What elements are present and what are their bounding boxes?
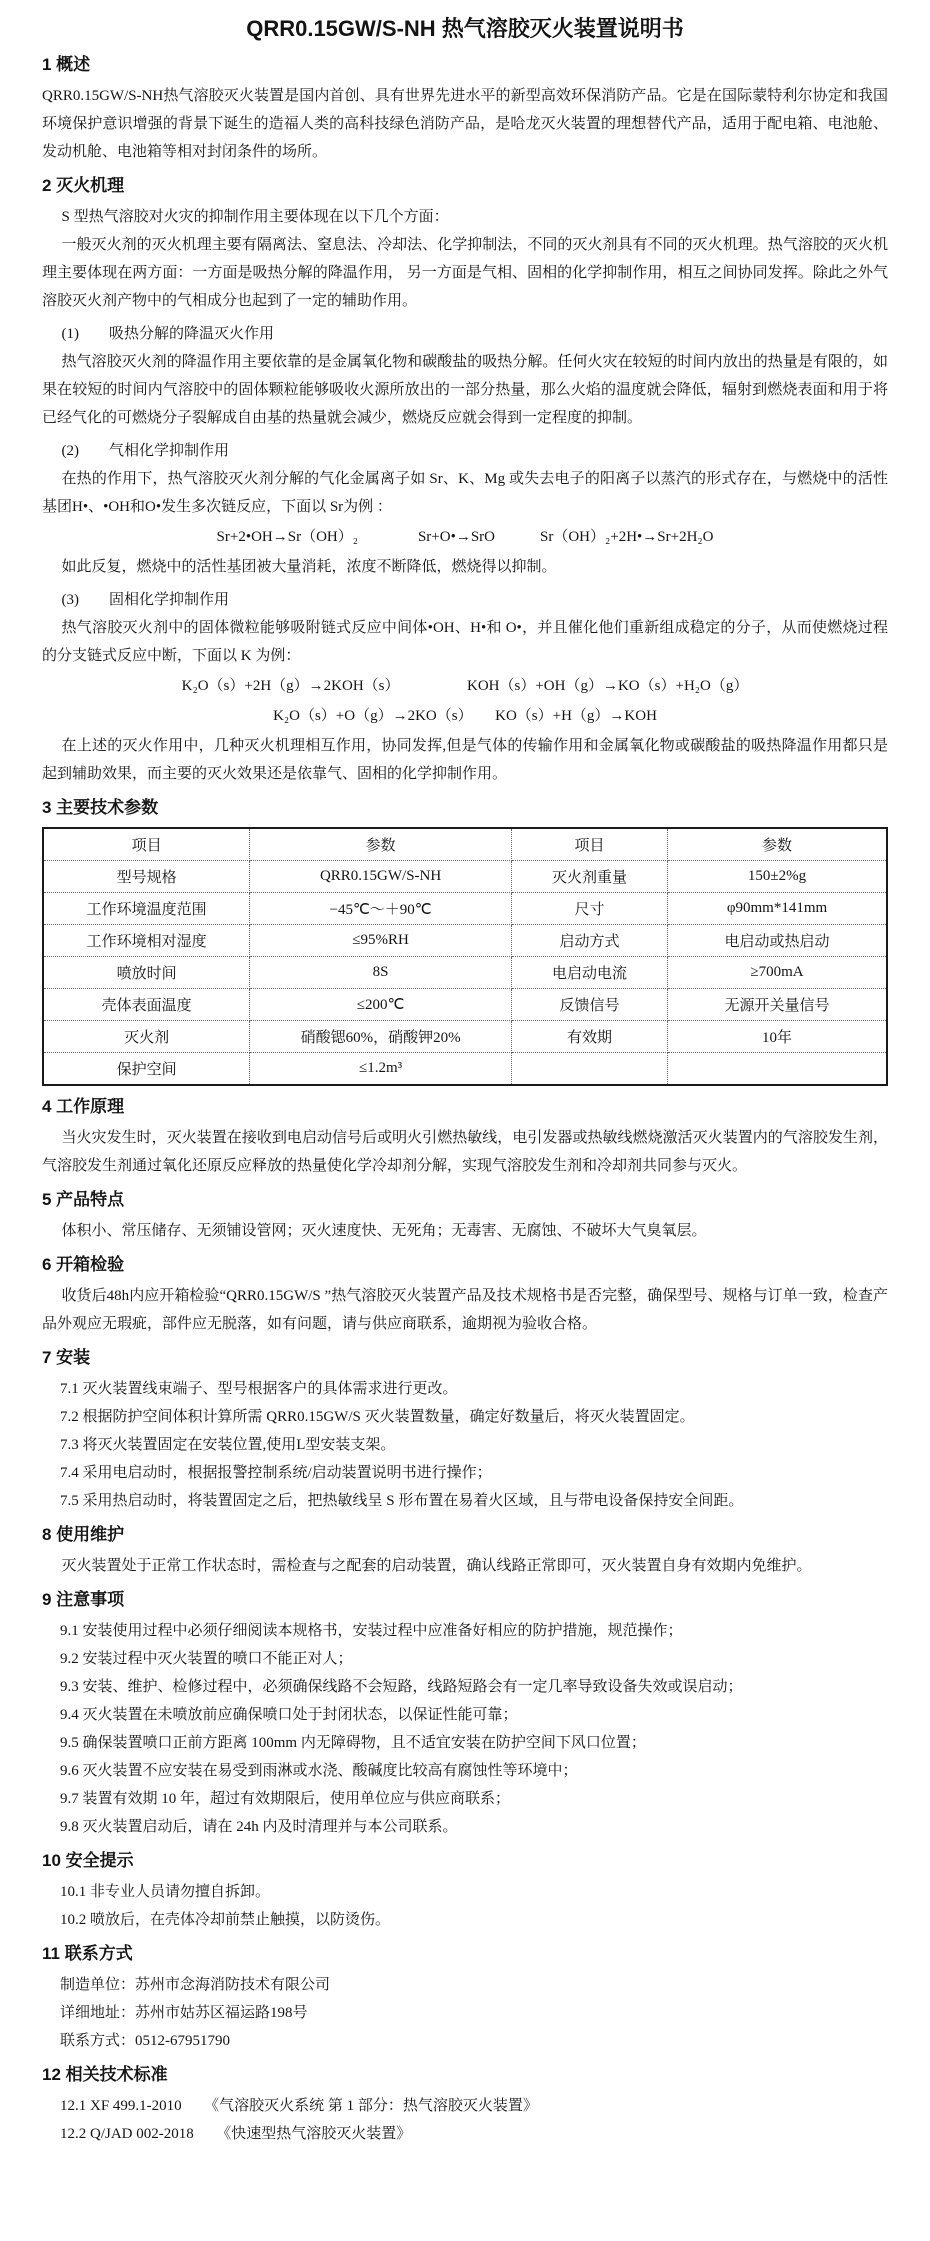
installation-item: 7.5 采用热启动时，将装置固定之后，把热敏线呈 S 形布置在易着火区域，且与带… [42,1487,888,1515]
table-cell [511,1053,667,1086]
table-cell: 电启动或热启动 [668,925,887,957]
mechanism-sub3-title: (3) 固相化学抑制作用 [42,586,888,614]
standard-item: 12.2 Q/JAD 002-2018 《快速型热气溶胶灭火装置》 [42,2120,888,2148]
table-cell: ≤200℃ [250,989,512,1021]
table-cell: 电启动电流 [511,957,667,989]
table-cell: 硝酸锶60%，硝酸钾20% [250,1021,512,1053]
section-7-heading: 7 安装 [42,1345,888,1371]
table-cell: 型号规格 [43,861,250,893]
precaution-item: 9.6 灭火装置不应安装在易受到雨淋或水浇、酸碱度比较高有腐蚀性等环境中； [42,1757,888,1785]
mechanism-summary-paragraph: 在上述的灭火作用中，几种灭火机理相互作用，协同发挥,但是气体的传输作用和金属氧化… [42,732,888,788]
section-precautions: 9 注意事项 9.1 安装使用过程中必须仔细阅读本规格书，安装过程中应准备好相应… [42,1587,888,1841]
standard-item: 12.1 XF 499.1-2010 《气溶胶灭火系统 第 1 部分：热气溶胶灭… [42,2092,888,2120]
table-cell: 有效期 [511,1021,667,1053]
section-8-heading: 8 使用维护 [42,1522,888,1548]
section-contact-info: 11 联系方式 制造单位：苏州市念海消防技术有限公司 详细地址：苏州市姑苏区福运… [42,1941,888,2055]
section-maintenance: 8 使用维护 灭火装置处于正常工作状态时，需检查与之配套的启动装置，确认线路正常… [42,1522,888,1580]
section-product-features: 5 产品特点 体积小、常压储存、无须铺设管网；灭火速度快、无死角；无毒害、无腐蚀… [42,1187,888,1245]
table-row: 喷放时间 8S 电启动电流 ≥700mA [43,957,887,989]
section-4-heading: 4 工作原理 [42,1094,888,1120]
table-cell: 灭火剂 [43,1021,250,1053]
contact-address-line: 详细地址：苏州市姑苏区福运路198号 [42,1999,888,2027]
document-title: QRR0.15GW/S-NH 热气溶胶灭火装置说明书 [42,14,888,44]
table-cell: 工作环境温度范围 [43,893,250,925]
potassium-reaction-formula-1: K₂O（s）+2H（g）→2KOH（s） KOH（s）+OH（g）→KO（s）+… [42,672,888,700]
spec-table: 项目 参数 项目 参数 型号规格 QRR0.15GW/S-NH 灭火剂重量 15… [42,827,888,1086]
precaution-item: 9.1 安装使用过程中必须仔细阅读本规格书，安装过程中应准备好相应的防护措施，规… [42,1617,888,1645]
section-related-standards: 12 相关技术标准 12.1 XF 499.1-2010 《气溶胶灭火系统 第 … [42,2062,888,2148]
table-cell: ≥700mA [668,957,887,989]
table-cell: 喷放时间 [43,957,250,989]
table-row: 型号规格 QRR0.15GW/S-NH 灭火剂重量 150±2%g [43,861,887,893]
contact-manufacturer-line: 制造单位：苏州市念海消防技术有限公司 [42,1971,888,1999]
installation-item: 7.4 采用电启动时，根据报警控制系统/启动装置说明书进行操作； [42,1459,888,1487]
table-header-cell: 项目 [511,828,667,861]
section-working-principle: 4 工作原理 当火灾发生时，灭火装置在接收到电启动信号后或明火引燃热敏线，电引发… [42,1094,888,1180]
table-header-cell: 参数 [250,828,512,861]
section-unboxing-inspection: 6 开箱检验 收货后48h内应开箱检验“QRR0.15GW/S ”热气溶胶灭火装… [42,1252,888,1338]
precaution-item: 9.4 灭火装置在未喷放前应确保喷口处于封闭状态，以保证性能可靠； [42,1701,888,1729]
installation-item: 7.3 将灭火装置固定在安装位置,使用L型安装支架。 [42,1431,888,1459]
table-cell: 10年 [668,1021,887,1053]
table-row: 保护空间 ≤1.2m³ [43,1053,887,1086]
potassium-reaction-formula-2: K₂O（s）+O（g）→2KO（s） KO（s）+H（g）→KOH [42,702,888,730]
section-5-heading: 5 产品特点 [42,1187,888,1213]
table-cell: 反馈信号 [511,989,667,1021]
table-cell: 无源开关量信号 [668,989,887,1021]
table-cell: 尺寸 [511,893,667,925]
installation-item: 7.2 根据防护空间体积计算所需 QRR0.15GW/S 灭火装置数量，确定好数… [42,1403,888,1431]
mechanism-sub1-title: (1) 吸热分解的降温灭火作用 [42,320,888,348]
safety-tip-item: 10.2 喷放后，在壳体冷却前禁止触摸，以防烫伤。 [42,1906,888,1934]
section-11-heading: 11 联系方式 [42,1941,888,1967]
table-header-row: 项目 参数 项目 参数 [43,828,887,861]
mechanism-sub1-paragraph: 热气溶胶灭火剂的降温作用主要依靠的是金属氧化物和碳酸盐的吸热分解。任何火灾在较短… [42,348,888,432]
precaution-item: 9.5 确保装置喷口正前方距离 100mm 内无障碍物，且不适宜安装在防护空间下… [42,1729,888,1757]
table-cell: 灭火剂重量 [511,861,667,893]
section-overview: 1 概述 QRR0.15GW/S-NH热气溶胶灭火装置是国内首创、具有世界先进水… [42,52,888,166]
precaution-item: 9.7 装置有效期 10 年，超过有效期限后，使用单位应与供应商联系； [42,1785,888,1813]
section-2-heading: 2 灭火机理 [42,173,888,199]
table-cell: 工作环境相对湿度 [43,925,250,957]
contact-phone-line: 联系方式：0512-67951790 [42,2027,888,2055]
section-safety-tips: 10 安全提示 10.1 非专业人员请勿擅自拆卸。 10.2 喷放后，在壳体冷却… [42,1848,888,1934]
precaution-item: 9.2 安装过程中灭火装置的喷口不能正对人； [42,1645,888,1673]
table-cell: φ90mm*141mm [668,893,887,925]
table-row: 工作环境温度范围 −45℃～＋90℃ 尺寸 φ90mm*141mm [43,893,887,925]
strontium-reaction-formula: Sr+2•OH→Sr（OH）₂ Sr+O•→SrO Sr（OH）₂+2H•→Sr… [42,523,888,551]
unboxing-inspection-paragraph: 收货后48h内应开箱检验“QRR0.15GW/S ”热气溶胶灭火装置产品及技术规… [42,1282,888,1338]
section-extinguishing-mechanism: 2 灭火机理 S 型热气溶胶对火灾的抑制作用主要体现在以下几个方面： 一般灭火剂… [42,173,888,788]
table-header-cell: 参数 [668,828,887,861]
table-header-cell: 项目 [43,828,250,861]
mechanism-sub3-paragraph: 热气溶胶灭火剂中的固体微粒能够吸附链式反应中间体•OH、H•和 O•，并且催化他… [42,614,888,670]
working-principle-paragraph: 当火灾发生时，灭火装置在接收到电启动信号后或明火引燃热敏线，电引发器或热敏线燃烧… [42,1124,888,1180]
table-cell: ≤1.2m³ [250,1053,512,1086]
safety-tip-item: 10.1 非专业人员请勿擅自拆卸。 [42,1878,888,1906]
section-technical-parameters: 3 主要技术参数 项目 参数 项目 参数 型号规格 QRR0.15GW/S-NH… [42,795,888,1086]
section-12-heading: 12 相关技术标准 [42,2062,888,2088]
table-cell: 150±2%g [668,861,887,893]
manual-document-page: QRR0.15GW/S-NH 热气溶胶灭火装置说明书 1 概述 QRR0.15G… [0,0,930,2241]
section-9-heading: 9 注意事项 [42,1587,888,1613]
section-1-heading: 1 概述 [42,52,888,78]
mechanism-sub2-conclusion: 如此反复，燃烧中的活性基团被大量消耗，浓度不断降低，燃烧得以抑制。 [42,553,888,581]
mechanism-sub2-paragraph: 在热的作用下，热气溶胶灭火剂分解的气化金属离子如 Sr、K、Mg 或失去电子的阳… [42,465,888,521]
section-6-heading: 6 开箱检验 [42,1252,888,1278]
table-cell: ≤95%RH [250,925,512,957]
table-cell [668,1053,887,1086]
mechanism-intro-line: S 型热气溶胶对火灾的抑制作用主要体现在以下几个方面： [42,203,888,231]
table-cell: 启动方式 [511,925,667,957]
table-cell: 8S [250,957,512,989]
table-cell: 保护空间 [43,1053,250,1086]
overview-paragraph: QRR0.15GW/S-NH热气溶胶灭火装置是国内首创、具有世界先进水平的新型高… [42,82,888,166]
table-cell: −45℃～＋90℃ [250,893,512,925]
section-installation: 7 安装 7.1 灭火装置线束端子、型号根据客户的具体需求进行更改。 7.2 根… [42,1345,888,1515]
table-row: 灭火剂 硝酸锶60%，硝酸钾20% 有效期 10年 [43,1021,887,1053]
product-features-paragraph: 体积小、常压储存、无须铺设管网；灭火速度快、无死角；无毒害、无腐蚀、不破坏大气臭… [42,1217,888,1245]
precaution-item: 9.8 灭火装置启动后，请在 24h 内及时清理并与本公司联系。 [42,1813,888,1841]
precaution-item: 9.3 安装、维护、检修过程中，必须确保线路不会短路，线路短路会有一定几率导致设… [42,1673,888,1701]
table-cell: QRR0.15GW/S-NH [250,861,512,893]
table-row: 工作环境相对湿度 ≤95%RH 启动方式 电启动或热启动 [43,925,887,957]
table-cell: 壳体表面温度 [43,989,250,1021]
section-3-heading: 3 主要技术参数 [42,795,888,821]
maintenance-paragraph: 灭火装置处于正常工作状态时，需检查与之配套的启动装置，确认线路正常即可，灭火装置… [42,1552,888,1580]
mechanism-paragraph: 一般灭火剂的灭火机理主要有隔离法、窒息法、冷却法、化学抑制法，不同的灭火剂具有不… [42,231,888,315]
section-10-heading: 10 安全提示 [42,1848,888,1874]
mechanism-sub2-title: (2) 气相化学抑制作用 [42,437,888,465]
installation-item: 7.1 灭火装置线束端子、型号根据客户的具体需求进行更改。 [42,1375,888,1403]
table-row: 壳体表面温度 ≤200℃ 反馈信号 无源开关量信号 [43,989,887,1021]
